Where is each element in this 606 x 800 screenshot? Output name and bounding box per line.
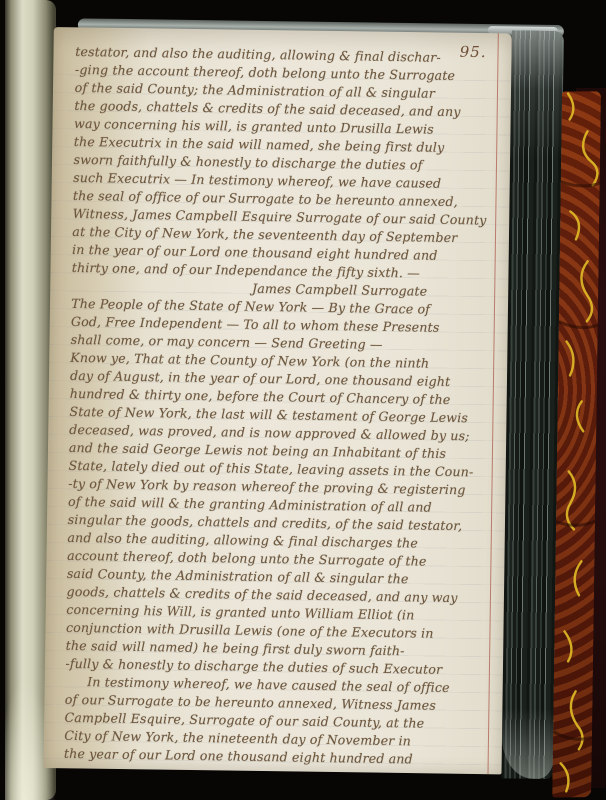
- photo-backdrop: 95. testator, and also the auditing, all…: [0, 0, 606, 800]
- record-book: 95. testator, and also the auditing, all…: [41, 18, 604, 788]
- manuscript-page: 95. testator, and also the auditing, all…: [44, 27, 512, 774]
- manuscript-text: testator, and also the auditing, allowin…: [64, 43, 496, 770]
